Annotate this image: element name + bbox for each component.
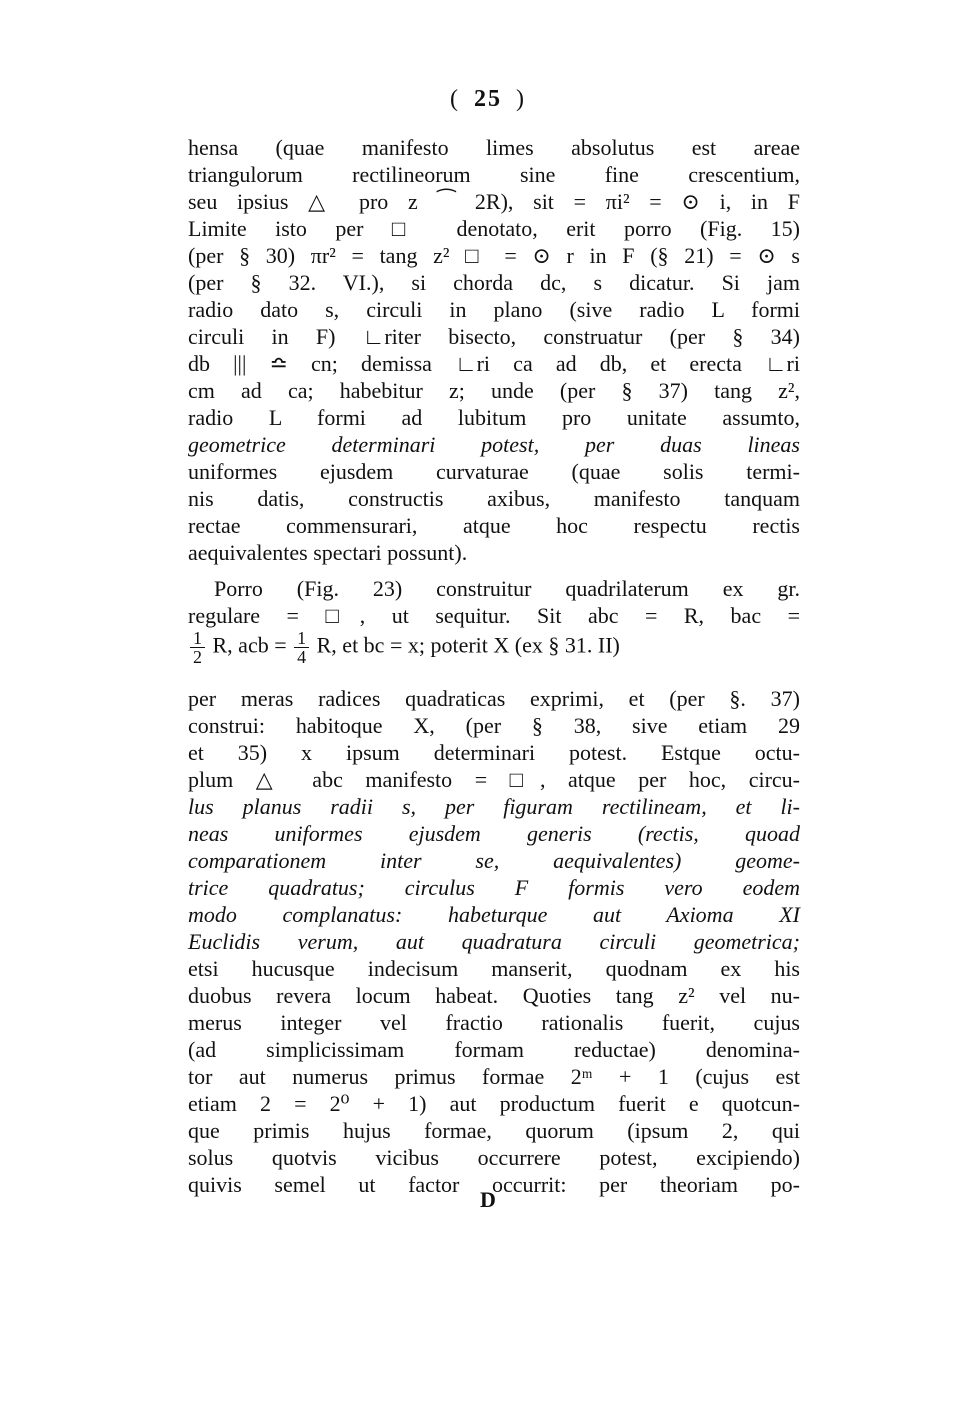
text-line: solus quotvis vicibus occurrere potest, …: [188, 1144, 800, 1171]
paren-close: ): [516, 86, 526, 112]
text-line: aequivalentes spectari possunt).: [188, 539, 800, 566]
text-line: radio L formi ad lubitum pro unitate ass…: [188, 404, 800, 431]
text-line-italic: lus planus radii s, per figuram rectilin…: [188, 793, 800, 820]
text-line: (per § 32. VI.), si chorda dc, s dicatur…: [188, 269, 800, 296]
text-line: etsi hucusque indecisum manserit, quodna…: [188, 955, 800, 982]
fraction-line: 1 2 R, acb = 1 4 R, et bc = x; poterit X…: [188, 629, 800, 685]
text-line: regulare = □, ut sequitur. Sit abc = R, …: [188, 602, 800, 629]
text-line: Porro (Fig. 23) construitur quadrilateru…: [188, 575, 800, 602]
text-line: tor aut numerus primus formae 2ᵐ + 1 (cu…: [188, 1063, 800, 1090]
text-line: radio dato s, circuli in plano (sive rad…: [188, 296, 800, 323]
text-line-italic: Euclidis verum, aut quadratura circuli g…: [188, 928, 800, 955]
text-line: circuli in F) ∟riter bisecto, construatu…: [188, 323, 800, 350]
fraction-text-2: R, et bc = x; poterit X (ex § 31. II): [317, 633, 620, 658]
text-line-italic: neas uniformes ejusdem generis (rectis, …: [188, 820, 800, 847]
text-line: plum △ abc manifesto = □, atque per hoc,…: [188, 766, 800, 793]
text-line: db ||| ≏ cn; demissa ∟ri ca ad db, et er…: [188, 350, 800, 377]
paragraph-1: hensa (quae manifesto limes absolutus es…: [188, 134, 800, 566]
text-line: Limite isto per □ denotato, erit porro (…: [188, 215, 800, 242]
page-number: (25): [0, 86, 976, 113]
text-line: per meras radices quadraticas exprimi, e…: [188, 685, 800, 712]
text-line: merus integer vel fractio rationalis fue…: [188, 1009, 800, 1036]
text-line: triangulorum rectilineorum sine fine cre…: [188, 161, 800, 188]
fraction-half: 1 2: [190, 629, 205, 666]
text-line: seu ipsius △ pro z ⁀ 2R), sit = πi² = ⊙ …: [188, 188, 800, 215]
text-line: hensa (quae manifesto limes absolutus es…: [188, 134, 800, 161]
text-line-italic: geometrice determinari potest, per duas …: [188, 431, 800, 458]
text-line: uniformes ejusdem curvaturae (quae solis…: [188, 458, 800, 485]
text-line: (per § 30) πr² = tang z² □ = ⊙ r in F (§…: [188, 242, 800, 269]
paragraph-2: Porro (Fig. 23) construitur quadrilateru…: [188, 575, 800, 1198]
body-text: hensa (quae manifesto limes absolutus es…: [188, 134, 800, 1198]
text-line-italic: trice quadratus; circulus F formis vero …: [188, 874, 800, 901]
text-line-italic: modo complanatus: habeturque aut Axioma …: [188, 901, 800, 928]
text-line: etiam 2 = 2⁰ + 1) aut productum fuerit e…: [188, 1090, 800, 1117]
text-line-italic: comparationem inter se, aequivalentes) g…: [188, 847, 800, 874]
signature-mark: D: [0, 1187, 976, 1213]
text-line: cm ad ca; habebitur z; unde (per § 37) t…: [188, 377, 800, 404]
text-line: (ad simplicissimam formam reductae) deno…: [188, 1036, 800, 1063]
text-line: que primis hujus formae, quorum (ipsum 2…: [188, 1117, 800, 1144]
text-line: et 35) x ipsum determinari potest. Estqu…: [188, 739, 800, 766]
paren-open: (: [450, 86, 460, 112]
text-line: rectae commensurari, atque hoc respectu …: [188, 512, 800, 539]
text-line: duobus revera locum habeat. Quoties tang…: [188, 982, 800, 1009]
fraction-quarter: 1 4: [294, 629, 309, 666]
fraction-text-1: R, acb =: [213, 633, 287, 658]
page-number-value: 25: [474, 86, 502, 112]
text-line: nis datis, constructis axibus, manifesto…: [188, 485, 800, 512]
paragraph-gap: [188, 566, 800, 575]
text-line: construi: habitoque X, (per § 38, sive e…: [188, 712, 800, 739]
